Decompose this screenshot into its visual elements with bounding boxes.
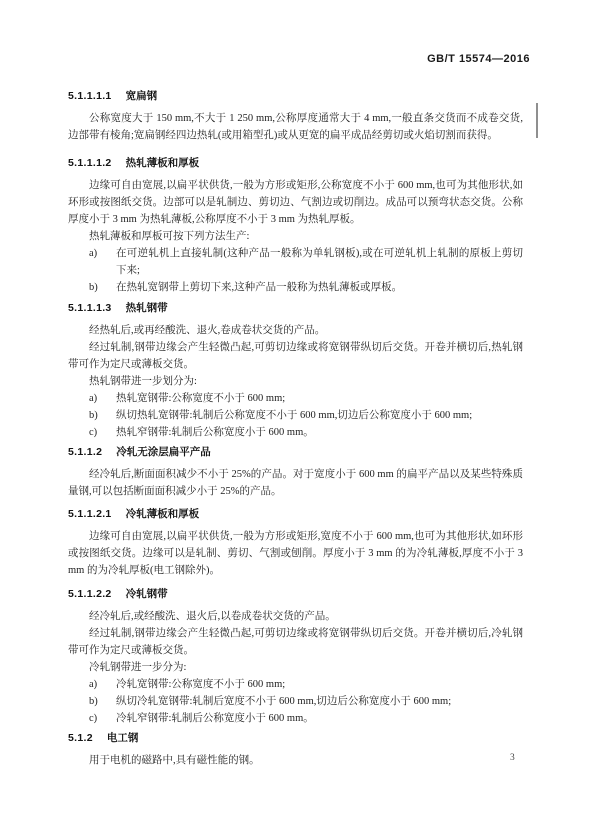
list-item-label: c) [89, 424, 116, 441]
list-item: a) 热轧宽钢带:公称宽度不小于 600 mm; [68, 390, 523, 407]
list-item-text: 纵切冷轧宽钢带:轧制后宽度不小于 600 mm,切边后公称宽度小于 600 mm… [116, 693, 523, 710]
list-item-text: 冷轧宽钢带:公称宽度不小于 600 mm; [116, 676, 523, 693]
list-item-label: a) [89, 390, 116, 407]
list-item-label: b) [89, 279, 116, 296]
paragraph: 经过轧制,钢带边缘会产生轻微凸起,可剪切边缘或将宽钢带纵切后交货。开卷并横切后,… [68, 625, 523, 659]
section-heading: 5.1.1.1.3热轧钢带 [68, 300, 523, 317]
section-title: 电工钢 [107, 732, 139, 744]
section-number: 5.1.1.2.1 [68, 506, 112, 523]
list-item-text: 冷轧窄钢带:轧制后公称宽度小于 600 mm。 [116, 710, 523, 727]
section-heading: 5.1.1.1.2热轧薄板和厚板 [68, 155, 523, 172]
list-item: b) 在热轧宽钢带上剪切下来,这种产品一般称为热轧薄板或厚板。 [68, 279, 523, 296]
section-number: 5.1.1.1.2 [68, 155, 112, 172]
paragraph: 冷轧钢带进一步分为: [68, 659, 523, 676]
section-title: 冷轧薄板和厚板 [126, 508, 200, 520]
section-title: 热轧薄板和厚板 [126, 157, 200, 169]
paragraph: 公称宽度大于 150 mm,不大于 1 250 mm,公称厚度通常大于 4 mm… [68, 110, 523, 144]
section-5-1-1-2-1: 5.1.1.2.1冷轧薄板和厚板 边缘可自由宽展,以扁平状供货,一般为方形或矩形… [68, 506, 523, 579]
page-number: 3 [510, 753, 515, 763]
ordered-list: a) 在可逆轧机上直接轧制(这种产品一般称为单轧钢板),或在可逆轧机上轧制的原板… [68, 245, 523, 296]
section-title: 冷轧无涂层扁平产品 [116, 446, 211, 458]
section-heading: 5.1.1.2.2冷轧钢带 [68, 586, 523, 603]
list-item-label: a) [89, 245, 116, 279]
list-item-text: 纵切热轧宽钢带:轧制后公称宽度不小于 600 mm,切边后公称宽度小于 600 … [116, 407, 523, 424]
section-number: 5.1.2 [68, 730, 93, 747]
standard-number-header: GB/T 15574—2016 [0, 53, 591, 65]
section-heading: 5.1.1.2冷轧无涂层扁平产品 [68, 444, 523, 461]
section-number: 5.1.1.1.1 [68, 88, 112, 105]
section-heading: 5.1.2电工钢 [68, 730, 523, 747]
paragraph: 热轧薄板和厚板可按下列方法生产: [68, 228, 523, 245]
paragraph: 经冷轧后,断面面积减少不小于 25%的产品。对于宽度小于 600 mm 的扁平产… [68, 466, 523, 500]
paragraph: 经热轧后,或再经酸洗、退火,卷成卷状交货的产品。 [68, 322, 523, 339]
section-number: 5.1.1.2 [68, 444, 102, 461]
section-5-1-1-2-2: 5.1.1.2.2冷轧钢带 经冷轧后,或经酸洗、退火后,以卷成卷状交货的产品。 … [68, 586, 523, 727]
section-number: 5.1.1.2.2 [68, 586, 112, 603]
section-5-1-2: 5.1.2电工钢 用于电机的磁路中,具有磁性能的钢。 [68, 730, 523, 769]
list-item-label: b) [89, 407, 116, 424]
list-item: a) 在可逆轧机上直接轧制(这种产品一般称为单轧钢板),或在可逆轧机上轧制的原板… [68, 245, 523, 279]
list-item: a) 冷轧宽钢带:公称宽度不小于 600 mm; [68, 676, 523, 693]
section-5-1-1-1-2: 5.1.1.1.2热轧薄板和厚板 边缘可自由宽展,以扁平状供货,一般为方形或矩形… [68, 155, 523, 296]
section-5-1-1-1-3: 5.1.1.1.3热轧钢带 经热轧后,或再经酸洗、退火,卷成卷状交货的产品。 经… [68, 300, 523, 441]
document-body: 5.1.1.1.1宽扁钢 公称宽度大于 150 mm,不大于 1 250 mm,… [68, 88, 523, 769]
paragraph: 边缘可自由宽展,以扁平状供货,一般为方形或矩形,公称宽度不小于 600 mm,也… [68, 177, 523, 228]
section-5-1-1-1-1: 5.1.1.1.1宽扁钢 公称宽度大于 150 mm,不大于 1 250 mm,… [68, 88, 523, 144]
list-item-text: 热轧窄钢带:轧制后公称宽度小于 600 mm。 [116, 424, 523, 441]
list-item: b) 纵切热轧宽钢带:轧制后公称宽度不小于 600 mm,切边后公称宽度小于 6… [68, 407, 523, 424]
paragraph: 边缘可自由宽展,以扁平状供货,一般为方形或矩形,宽度不小于 600 mm,也可为… [68, 528, 523, 579]
list-item-label: c) [89, 710, 116, 727]
paragraph: 热轧钢带进一步划分为: [68, 373, 523, 390]
ordered-list: a) 热轧宽钢带:公称宽度不小于 600 mm; b) 纵切热轧宽钢带:轧制后公… [68, 390, 523, 441]
ordered-list: a) 冷轧宽钢带:公称宽度不小于 600 mm; b) 纵切冷轧宽钢带:轧制后宽… [68, 676, 523, 727]
section-heading: 5.1.1.2.1冷轧薄板和厚板 [68, 506, 523, 523]
document-page: GB/T 15574—2016 5.1.1.1.1宽扁钢 公称宽度大于 150 … [0, 0, 591, 816]
section-number: 5.1.1.1.3 [68, 300, 112, 317]
list-item-label: a) [89, 676, 116, 693]
list-item: c) 热轧窄钢带:轧制后公称宽度小于 600 mm。 [68, 424, 523, 441]
list-item: c) 冷轧窄钢带:轧制后公称宽度小于 600 mm。 [68, 710, 523, 727]
paragraph: 用于电机的磁路中,具有磁性能的钢。 [68, 752, 523, 769]
paragraph: 经冷轧后,或经酸洗、退火后,以卷成卷状交货的产品。 [68, 608, 523, 625]
section-heading: 5.1.1.1.1宽扁钢 [68, 88, 523, 105]
section-5-1-1-2: 5.1.1.2冷轧无涂层扁平产品 经冷轧后,断面面积减少不小于 25%的产品。对… [68, 444, 523, 500]
list-item-text: 在热轧宽钢带上剪切下来,这种产品一般称为热轧薄板或厚板。 [116, 279, 523, 296]
section-title: 热轧钢带 [126, 302, 168, 314]
paragraph: 经过轧制,钢带边缘会产生轻微凸起,可剪切边缘或将宽钢带纵切后交货。开卷并横切后,… [68, 339, 523, 373]
section-title: 宽扁钢 [126, 90, 158, 102]
list-item-label: b) [89, 693, 116, 710]
list-item-text: 在可逆轧机上直接轧制(这种产品一般称为单轧钢板),或在可逆轧机上轧制的原板上剪切… [116, 245, 523, 279]
section-title: 冷轧钢带 [126, 588, 168, 600]
revision-change-bar [536, 103, 538, 138]
list-item-text: 热轧宽钢带:公称宽度不小于 600 mm; [116, 390, 523, 407]
list-item: b) 纵切冷轧宽钢带:轧制后宽度不小于 600 mm,切边后公称宽度小于 600… [68, 693, 523, 710]
